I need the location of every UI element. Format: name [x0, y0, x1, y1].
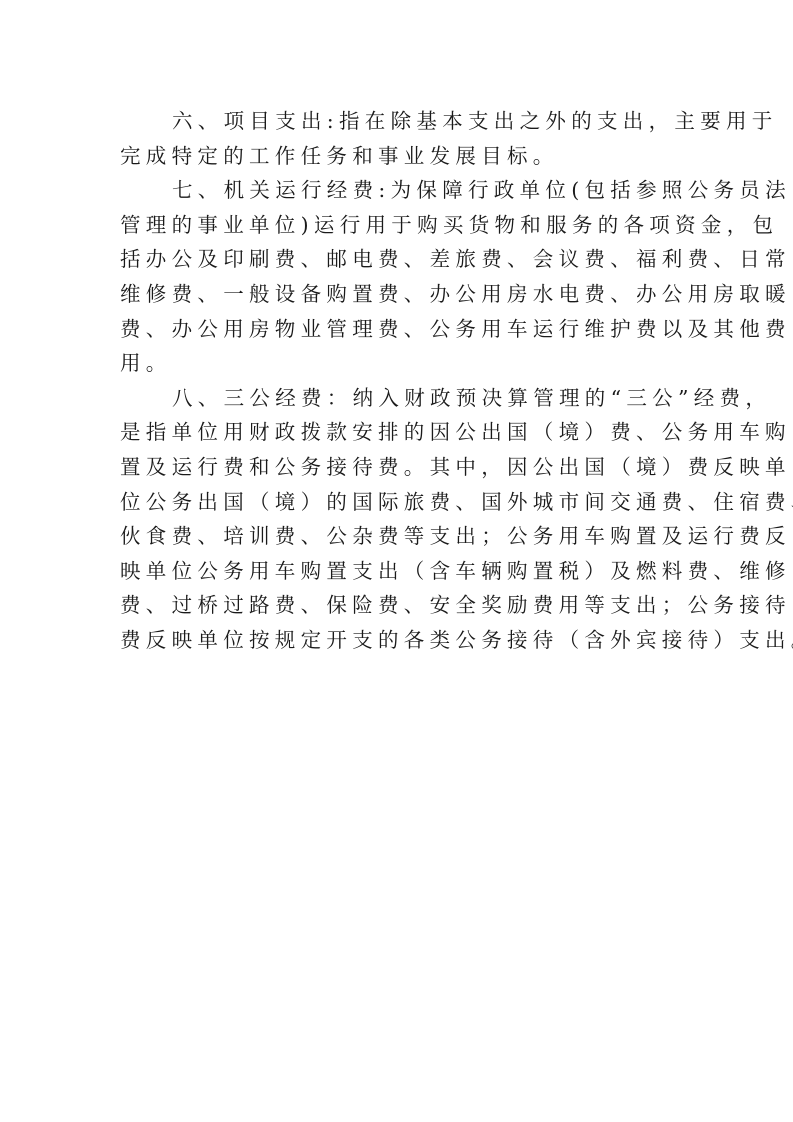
- text-line: 费反映单位按规定开支的各类公务接待（含外宾接待）支出。: [120, 623, 676, 658]
- text-line: 是指单位用财政拨款安排的因公出国（境）费、公务用车购: [120, 415, 676, 450]
- text-line: 维修费、一般设备购置费、办公用房水电费、办公用房取暖: [120, 277, 676, 312]
- text-line: 费、办公用房物业管理费、公务用车运行维护费以及其他费: [120, 312, 676, 347]
- text-line: 完成特定的工作任务和事业发展目标。: [120, 139, 676, 174]
- text-line: 八、三公经费：纳入财政预决算管理的“三公”经费，: [120, 381, 676, 416]
- paragraph-project-expenditure: 六、项目支出:指在除基本支出之外的支出，主要用于 完成特定的工作任务和事业发展目…: [120, 104, 676, 173]
- text-line: 费、过桥过路费、保险费、安全奖励费用等支出；公务接待: [120, 588, 676, 623]
- text-line: 六、项目支出:指在除基本支出之外的支出，主要用于: [120, 104, 676, 139]
- text-line: 映单位公务用车购置支出（含车辆购置税）及燃料费、维修: [120, 554, 676, 589]
- paragraph-three-public-expenses: 八、三公经费：纳入财政预决算管理的“三公”经费， 是指单位用财政拨款安排的因公出…: [120, 381, 676, 658]
- text-line: 用。: [120, 346, 676, 381]
- document-page: 六、项目支出:指在除基本支出之外的支出，主要用于 完成特定的工作任务和事业发展目…: [120, 104, 676, 658]
- text-line: 位公务出国（境）的国际旅费、国外城市间交通费、住宿费、: [120, 485, 676, 520]
- text-line: 置及运行费和公务接待费。其中，因公出国（境）费反映单: [120, 450, 676, 485]
- text-line: 七、机关运行经费:为保障行政单位(包括参照公务员法: [120, 173, 676, 208]
- paragraph-operating-expenses: 七、机关运行经费:为保障行政单位(包括参照公务员法 管理的事业单位)运行用于购买…: [120, 173, 676, 381]
- text-line: 括办公及印刷费、邮电费、差旅费、会议费、福利费、日常: [120, 242, 676, 277]
- text-line: 管理的事业单位)运行用于购买货物和服务的各项资金，包: [120, 208, 676, 243]
- text-line: 伙食费、培训费、公杂费等支出；公务用车购置及运行费反: [120, 519, 676, 554]
